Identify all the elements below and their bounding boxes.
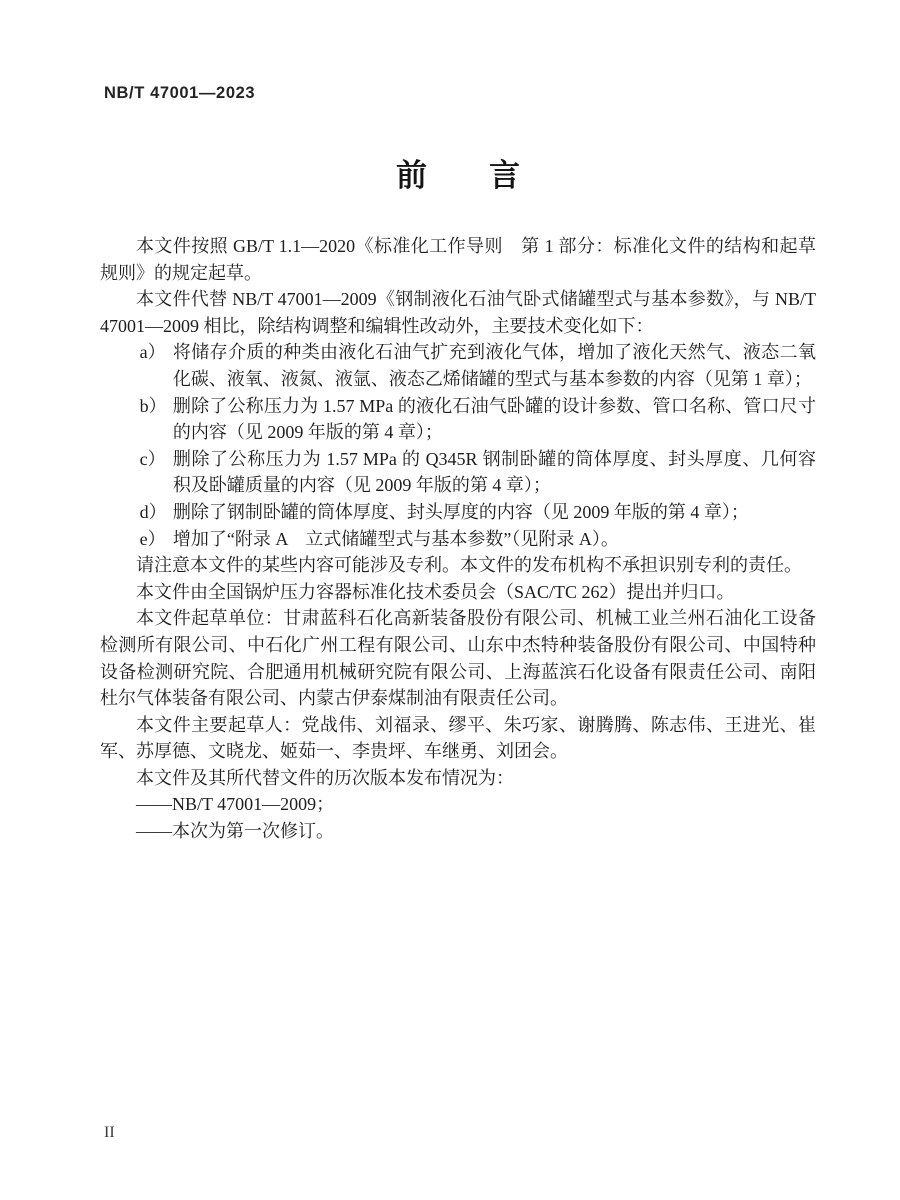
paragraph-replacement: 本文件代替 NB/T 47001—2009《钢制液化石油气卧式储罐型式与基本参数… [100,286,816,339]
foreword-title: 前 言 [100,150,816,195]
paragraph-committee: 本文件由全国锅炉压力容器标准化技术委员会（SAC/TC 262）提出并归口。 [100,579,816,606]
change-item-b: b） 删除了公称压力为 1.57 MPa 的液化石油气卧罐的设计参数、管口名称、… [100,393,816,446]
paragraph-patent-notice: 请注意本文件的某些内容可能涉及专利。本文件的发布机构不承担识别专利的责任。 [100,552,816,579]
change-item-a: a） 将储存介质的种类由液化石油气扩充到液化气体，增加了液化天然气、液态二氧化碳… [100,339,816,392]
list-text: 删除了公称压力为 1.57 MPa 的液化石油气卧罐的设计参数、管口名称、管口尺… [173,393,816,446]
version-history-item-2009: ——NB/T 47001—2009； [100,791,816,818]
list-text: 删除了钢制卧罐的筒体厚度、封头厚度的内容（见 2009 年版的第 4 章）； [173,499,816,526]
change-item-e: e） 增加了“附录 A 立式储罐型式与基本参数”（见附录 A）。 [100,526,816,553]
list-label: a） [140,339,173,392]
paragraph-drafting-organizations: 本文件起草单位：甘肃蓝科石化高新装备股份有限公司、机械工业兰州石油化工设备检测所… [100,605,816,711]
list-text: 将储存介质的种类由液化石油气扩充到液化气体，增加了液化天然气、液态二氧化碳、液氧… [173,339,816,392]
foreword-body: 本文件按照 GB/T 1.1—2020《标准化工作导则 第 1 部分：标准化文件… [100,233,816,845]
list-text: 删除了公称压力为 1.57 MPa 的 Q345R 钢制卧罐的筒体厚度、封头厚度… [173,446,816,499]
version-history-item-revision: ——本次为第一次修订。 [100,818,816,845]
list-label: c） [140,446,173,499]
document-page: NB/T 47001—2023 前 言 本文件按照 GB/T 1.1—2020《… [0,0,900,1200]
list-text: 增加了“附录 A 立式储罐型式与基本参数”（见附录 A）。 [173,526,816,553]
list-label: d） [140,499,173,526]
paragraph-drafters: 本文件主要起草人：党战伟、刘福录、缪平、朱巧家、谢腾腾、陈志伟、王进光、崔军、苏… [100,712,816,765]
page-number: II [104,1124,115,1142]
change-item-d: d） 删除了钢制卧罐的筒体厚度、封头厚度的内容（见 2009 年版的第 4 章）… [100,499,816,526]
list-label: b） [140,393,173,446]
paragraph-version-history-intro: 本文件及其所代替文件的历次版本发布情况为： [100,765,816,792]
standard-number: NB/T 47001—2023 [104,84,255,103]
paragraph-scope: 本文件按照 GB/T 1.1—2020《标准化工作导则 第 1 部分：标准化文件… [100,233,816,286]
change-item-c: c） 删除了公称压力为 1.57 MPa 的 Q345R 钢制卧罐的筒体厚度、封… [100,446,816,499]
list-label: e） [140,526,173,553]
